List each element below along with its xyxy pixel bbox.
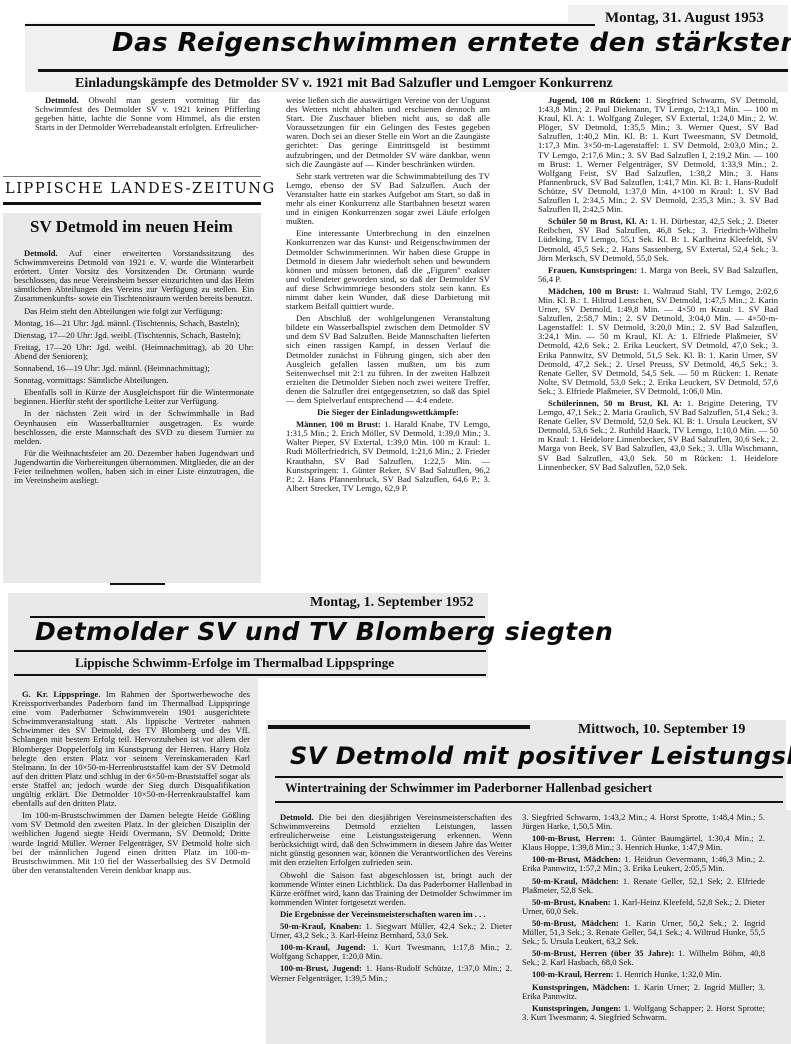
article-3-subheadline: Lippische Schwimm-Erfolge im Thermalbad … — [75, 655, 394, 671]
article-2-end-rule — [110, 583, 165, 585]
schedule-item: Sonntag, vormittags: Sämtliche Abteilung… — [14, 376, 254, 385]
article-2-body: Detmold. Auf einer erweiterten Vorstands… — [14, 249, 254, 488]
schedule-item: Dienstag, 17—20 Uhr: Jgd. weibl. (Tischt… — [14, 331, 254, 340]
article-3-body: G. Kr. Lippspringe. Im Rahmen der Sportw… — [12, 690, 250, 878]
article-3-headline-rule — [14, 650, 486, 652]
article-1-date: Montag, 31. August 1953 — [605, 10, 764, 27]
article-1-col-3: Jugend, 100 m Rücken: 1. Siegfried Schwa… — [538, 96, 778, 475]
article-1-headline: Das Reigenschwimmen erntete den stärkste… — [112, 28, 791, 58]
article-1-col-1: Detmold. Obwohl man gestern vormittag fü… — [35, 96, 260, 135]
article-4-col-1: Detmold. Die bei den diesjährigen Verein… — [270, 813, 512, 986]
article-2-headline: SV Detmold im neuen Heim — [30, 217, 233, 237]
results-heading: Die Ergebnisse der Vereinsmeisterschafte… — [280, 909, 486, 919]
article-1-top-rule — [25, 24, 595, 26]
winners-heading: Die Sieger der Einladungswettkämpfe: — [317, 407, 459, 417]
article-3-sub-rule — [14, 674, 486, 676]
schedule-item: Montag, 16—21 Uhr: Jgd. männl. (Tischten… — [14, 319, 254, 328]
article-1-subheadline: Einladungskämpfe des Detmolder SV v. 192… — [75, 76, 613, 92]
schedule-item: Freitag, 17—20 Uhr: Jgd. weibl. (Heimnac… — [14, 343, 254, 361]
article-2-masthead-rule — [3, 202, 261, 205]
article-4-subheadline: Wintertraining der Schwimmer im Paderbor… — [285, 781, 652, 796]
schedule-item: Sonnabend, 16—19 Uhr: Jgd. männl. (Heimn… — [14, 364, 254, 373]
article-4-headline-rule — [275, 776, 783, 778]
article-1-headline-rule — [38, 69, 788, 72]
article-3-date: Montag, 1. September 1952 — [310, 595, 473, 611]
article-4-headline: SV Detmold mit positiver Leistungskurve — [290, 742, 791, 770]
article-4-date: Mittwoch, 10. September 19 — [578, 722, 745, 738]
article-4-col-2: 3. Siegfried Schwarm, 1:43,2 Min.; 4. Ho… — [522, 813, 765, 1025]
article-4-sub-rule — [275, 801, 783, 803]
article-1-col-2: weise ließen sich die auswärtigen Verein… — [286, 96, 490, 496]
article-3-headline: Detmolder SV und TV Blomberg siegten — [35, 617, 613, 646]
article-2-masthead: LIPPISCHE LANDES-ZEITUNG — [5, 181, 276, 197]
article-4-top-rule — [268, 725, 530, 729]
